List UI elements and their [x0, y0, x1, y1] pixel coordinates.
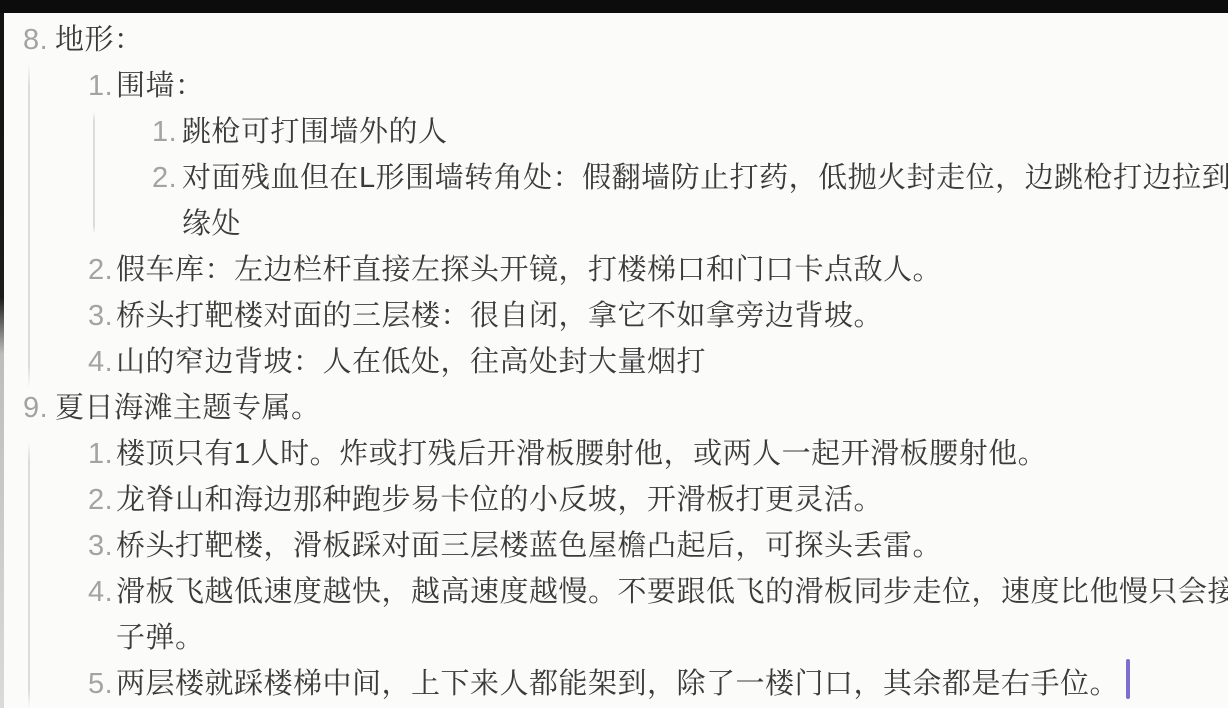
list-item-text: 围墙：: [116, 63, 205, 109]
list-item-stair-middle[interactable]: 5. 两层楼就踩楼梯中间，上下来人都能架到，除了一楼门口，其余都是右手位。: [0, 661, 1228, 707]
list-item-continuation[interactable]: 子弹。: [0, 615, 1228, 661]
list-marker: 2.: [88, 477, 116, 523]
list-marker: 4.: [88, 339, 116, 385]
indent-guide-line: [93, 112, 95, 234]
indent-guide-line: [28, 64, 30, 388]
list-item-text: 桥头打靶楼，滑板踩对面三层楼蓝色屋檐凸起后，可探头丢雷。: [116, 523, 942, 569]
list-item-text: 对面残血但在L形围墙转角处：假翻墙防止打药，低抛火封走位，边跳枪打边拉到边: [182, 155, 1228, 201]
list-item-text: 两层楼就踩楼梯中间，上下来人都能架到，除了一楼门口，其余都是右手位。: [116, 661, 1119, 707]
list-item-blue-eave[interactable]: 3. 桥头打靶楼，滑板踩对面三层楼蓝色屋檐凸起后，可探头丢雷。: [0, 523, 1228, 569]
list-item-text: 楼顶只有1人时。炸或打残后开滑板腰射他，或两人一起开滑板腰射他。: [116, 431, 1047, 477]
list-item-dragon-ridge[interactable]: 2. 龙脊山和海边那种跑步易卡位的小反坡，开滑板打更灵活。: [0, 477, 1228, 523]
list-marker: 1.: [88, 431, 116, 477]
list-item-rooftop[interactable]: 1. 楼顶只有1人时。炸或打残后开滑板腰射他，或两人一起开滑板腰射他。: [0, 431, 1228, 477]
list-item-hoverboard-speed[interactable]: 4. 滑板飞越低速度越快，越高速度越慢。不要跟低飞的滑板同步走位，速度比他慢只会…: [0, 569, 1228, 615]
list-marker: 1.: [88, 63, 116, 109]
list-item-text: 山的窄边背坡：人在低处，往高处封大量烟打: [116, 339, 706, 385]
list-marker: 9.: [23, 385, 55, 431]
list-marker: 3.: [88, 523, 116, 569]
list-item-text: 跳枪可打围墙外的人: [182, 109, 448, 155]
list-marker: 5.: [88, 661, 116, 707]
list-marker: 2.: [88, 247, 116, 293]
document-editor: 8. 地形： 1. 围墙： 1. 跳枪可打围墙外的人 2. 对面残血但在L形围墙…: [0, 0, 1228, 707]
list-marker: 3.: [88, 293, 116, 339]
list-item-text: 缘处: [182, 201, 241, 247]
screen-edge-shadow: [0, 0, 4, 708]
list-item-text: 滑板飞越低速度越快，越高速度越慢。不要跟低飞的滑板同步走位，速度比他慢只会接: [116, 569, 1228, 615]
list-item-text: 桥头打靶楼对面的三层楼：很自闭，拿它不如拿旁边背坡。: [116, 293, 883, 339]
list-marker: 8.: [23, 17, 55, 63]
list-item-text: 地形：: [55, 17, 144, 63]
list-item-terrain[interactable]: 8. 地形：: [0, 17, 1228, 63]
list-marker: 2.: [152, 155, 182, 201]
letterbox-bar: [0, 0, 1228, 13]
list-item-corner[interactable]: 2. 对面残血但在L形围墙转角处：假翻墙防止打药，低抛火封走位，边跳枪打边拉到边: [0, 155, 1228, 201]
list-marker: 1.: [152, 109, 182, 155]
list-marker: 4.: [88, 569, 116, 615]
list-item-text: 假车库：左边栏杆直接左探头开镜，打楼梯口和门口卡点敌人。: [116, 247, 942, 293]
list-item-continuation[interactable]: 缘处: [0, 201, 1228, 247]
list-item-jumpshot[interactable]: 1. 跳枪可打围墙外的人: [0, 109, 1228, 155]
list-item-fake-garage[interactable]: 2. 假车库：左边栏杆直接左探头开镜，打楼梯口和门口卡点敌人。: [0, 247, 1228, 293]
list-item-text: 子弹。: [116, 615, 205, 661]
list-item-text: 龙脊山和海边那种跑步易卡位的小反坡，开滑板打更灵活。: [116, 477, 883, 523]
list-item-three-story[interactable]: 3. 桥头打靶楼对面的三层楼：很自闭，拿它不如拿旁边背坡。: [0, 293, 1228, 339]
indent-guide-line: [28, 442, 30, 708]
list-item-mountain-slope[interactable]: 4. 山的窄边背坡：人在低处，往高处封大量烟打: [0, 339, 1228, 385]
list-item-wall[interactable]: 1. 围墙：: [0, 63, 1228, 109]
list-item-summer-beach[interactable]: 9. 夏日海滩主题专属。: [0, 385, 1228, 431]
text-cursor: [1126, 659, 1130, 699]
list-item-text: 夏日海滩主题专属。: [55, 385, 321, 431]
